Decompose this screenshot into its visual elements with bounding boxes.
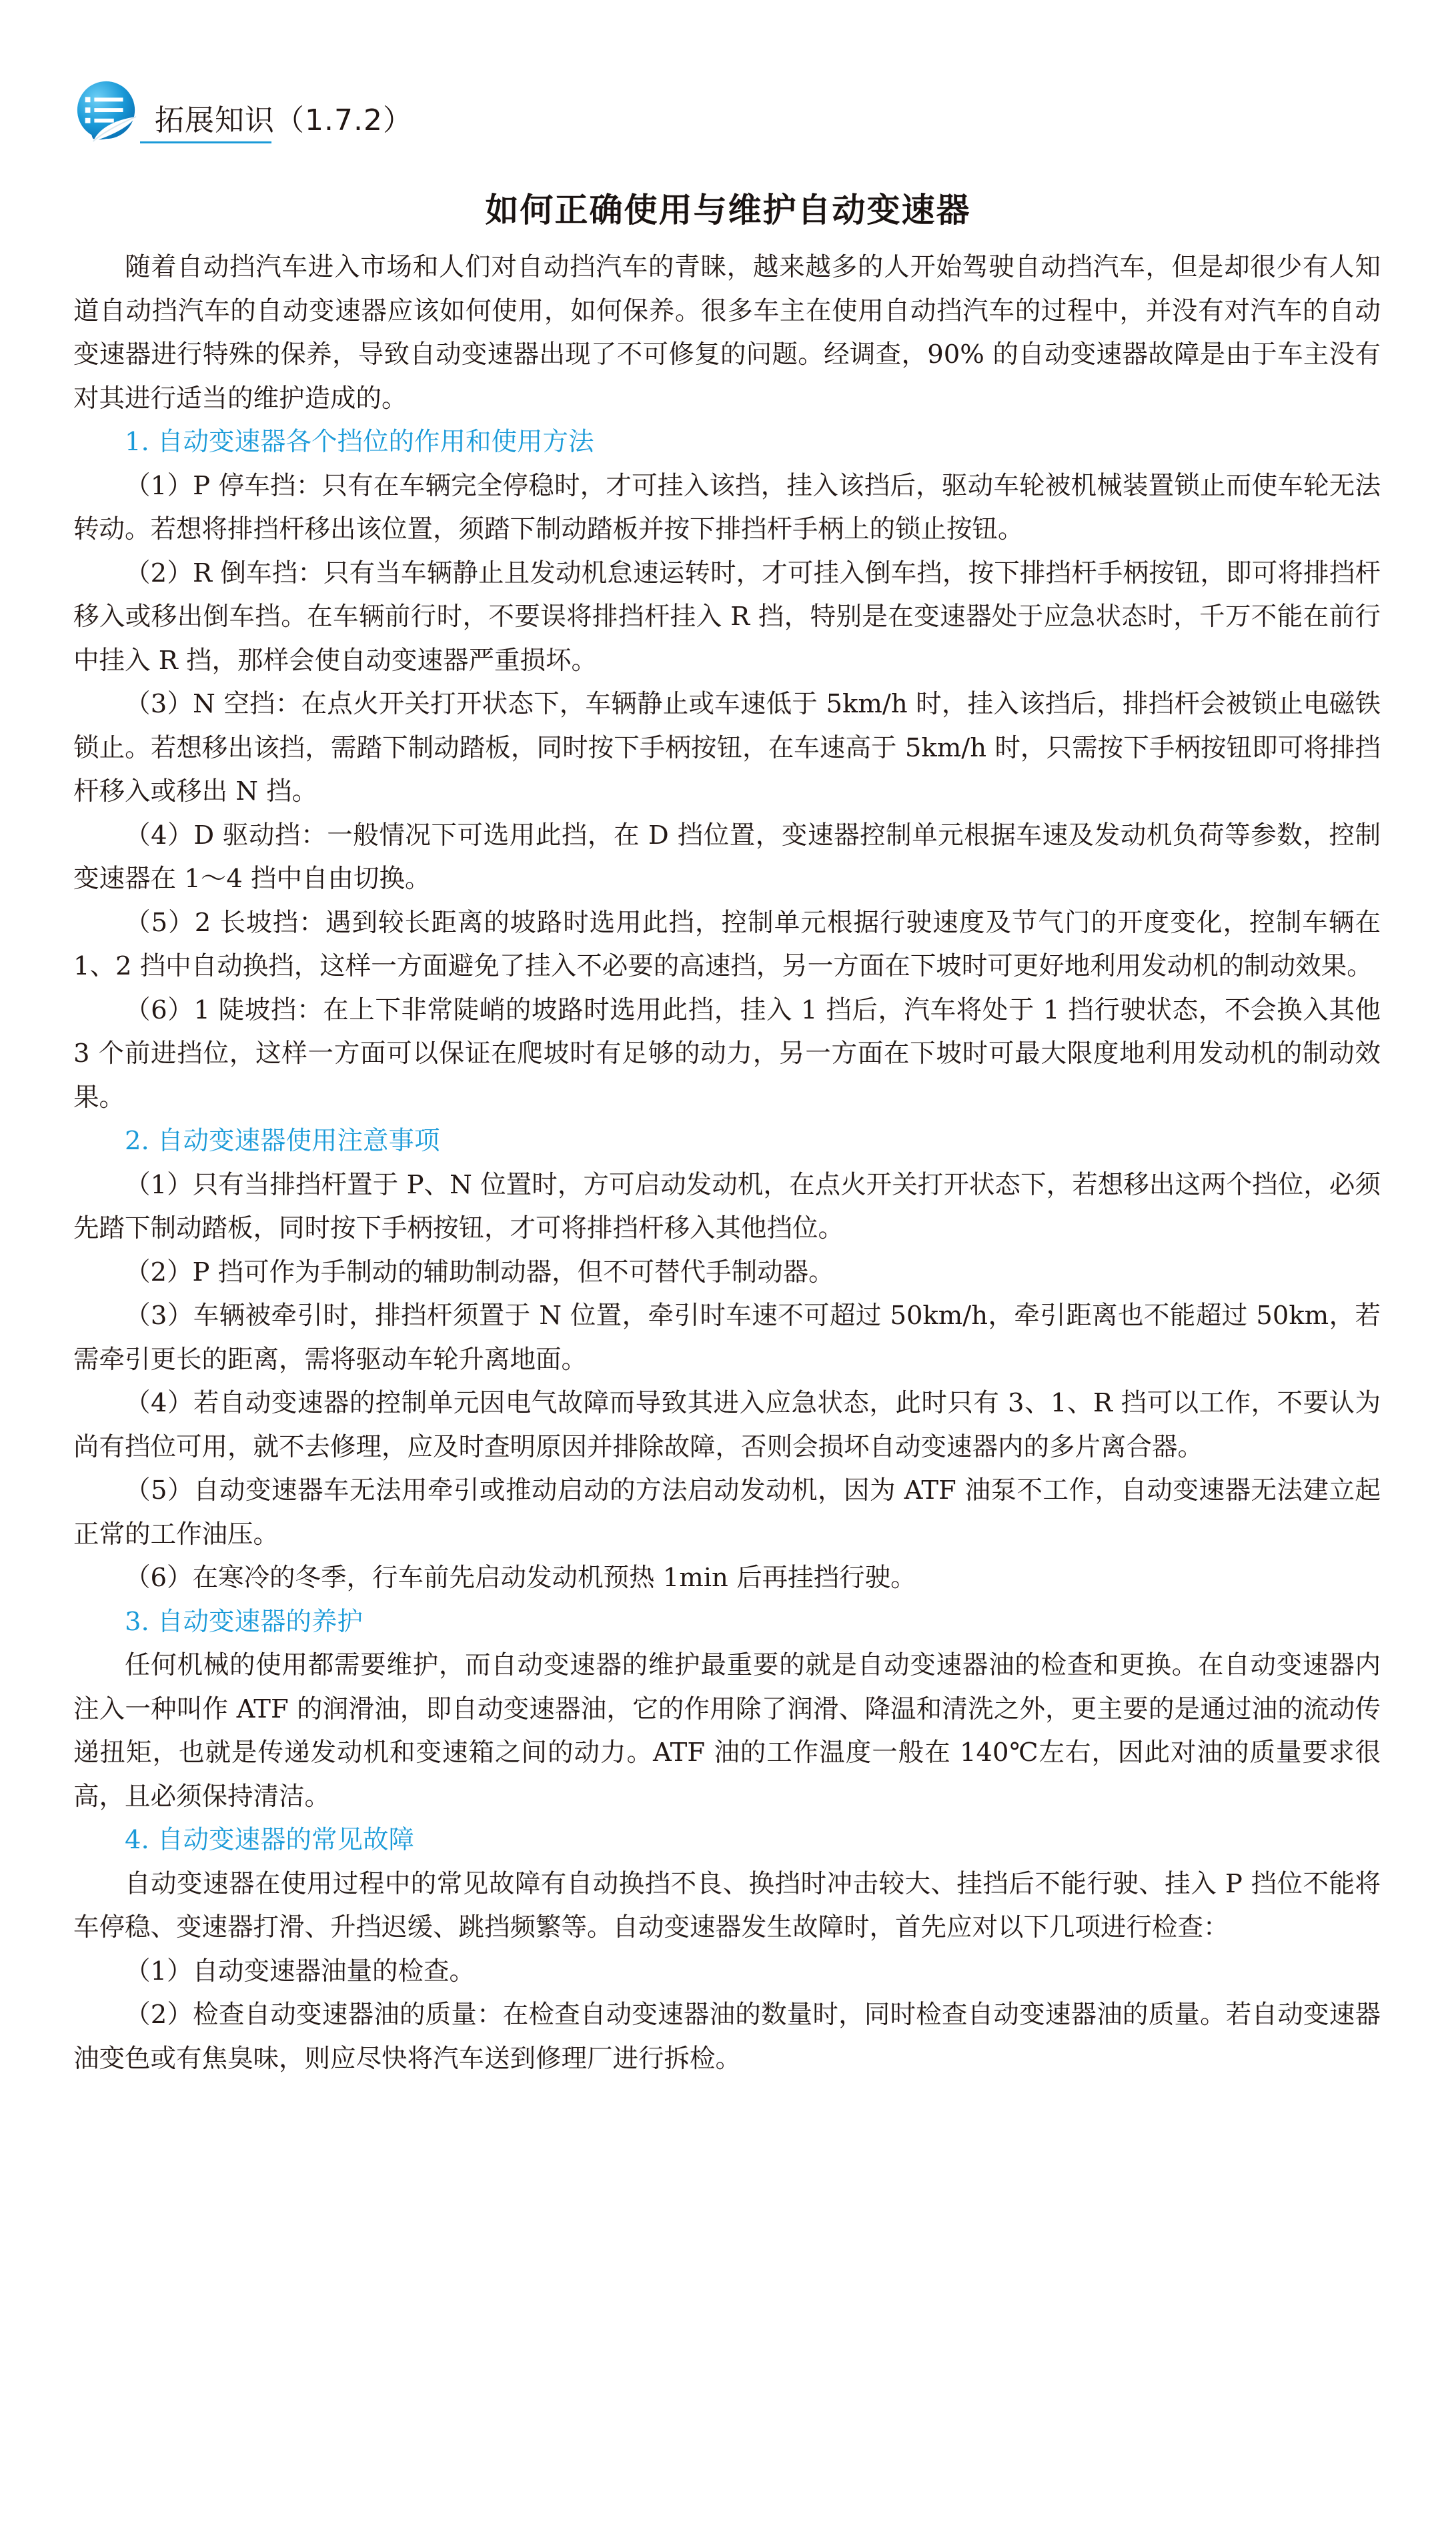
paragraph: （3）车辆被牵引时，排挡杆须置于 N 位置，牵引时车速不可超过 50km/h，牵… (73, 1294, 1381, 1381)
list-badge-icon (73, 79, 139, 144)
paragraph: 任何机械的使用都需要维护，而自动变速器的维护最重要的就是自动变速器油的检查和更换… (73, 1644, 1381, 1818)
paragraph: （6）1 陡坡挡：在上下非常陡峭的坡路时选用此挡，挂入 1 挡后，汽车将处于 1… (73, 989, 1381, 1120)
header-underline (140, 141, 271, 143)
paragraph: （5）2 长坡挡：遇到较长距离的坡路时选用此挡，控制单元根据行驶速度及节气门的开… (73, 901, 1381, 989)
paragraph: （1）只有当排挡杆置于 P、N 位置时，方可启动发动机，在点火开关打开状态下，若… (73, 1163, 1381, 1251)
paragraph: （4）D 驱动挡：一般情况下可选用此挡，在 D 挡位置，变速器控制单元根据车速及… (73, 814, 1381, 901)
paragraph: （5）自动变速器车无法用牵引或推动启动的方法启动发动机，因为 ATF 油泵不工作… (73, 1469, 1381, 1556)
header-title: 拓展知识（1.7.2） (155, 96, 413, 139)
paragraph: （6）在寒冷的冬季，行车前先启动发动机预热 1min 后再挂挡行驶。 (73, 1556, 1381, 1600)
paragraph: （1）P 停车挡：只有在车辆完全停稳时，才可挂入该挡，挂入该挡后，驱动车轮被机械… (73, 464, 1381, 552)
section-heading: 1. 自动变速器各个挡位的作用和使用方法 (73, 420, 1381, 464)
paragraph: （2）P 挡可作为手制动的辅助制动器，但不可替代手制动器。 (73, 1251, 1381, 1295)
document-title: 如何正确使用与维护自动变速器 (0, 183, 1456, 231)
paragraph: （2）R 倒车挡：只有当车辆静止且发动机怠速运转时，才可挂入倒车挡，按下排挡杆手… (73, 552, 1381, 683)
intro-paragraph: 随着自动挡汽车进入市场和人们对自动挡汽车的青睐，越来越多的人开始驾驶自动挡汽车，… (73, 245, 1381, 420)
document-body: 随着自动挡汽车进入市场和人们对自动挡汽车的青睐，越来越多的人开始驾驶自动挡汽车，… (73, 245, 1381, 2080)
section-heading: 4. 自动变速器的常见故障 (73, 1818, 1381, 1862)
paragraph: （3）N 空挡：在点火开关打开状态下，车辆静止或车速低于 5km/h 时，挂入该… (73, 682, 1381, 814)
section-heading: 3. 自动变速器的养护 (73, 1600, 1381, 1644)
paragraph: （2）检查自动变速器油的质量：在检查自动变速器油的数量时，同时检查自动变速器油的… (73, 1993, 1381, 2080)
section-heading: 2. 自动变速器使用注意事项 (73, 1119, 1381, 1163)
paragraph: 自动变速器在使用过程中的常见故障有自动换挡不良、换挡时冲击较大、挂挡后不能行驶、… (73, 1862, 1381, 1950)
paragraph: （4）若自动变速器的控制单元因电气故障而导致其进入应急状态，此时只有 3、1、R… (73, 1381, 1381, 1469)
paragraph: （1）自动变速器油量的检查。 (73, 1950, 1381, 1994)
